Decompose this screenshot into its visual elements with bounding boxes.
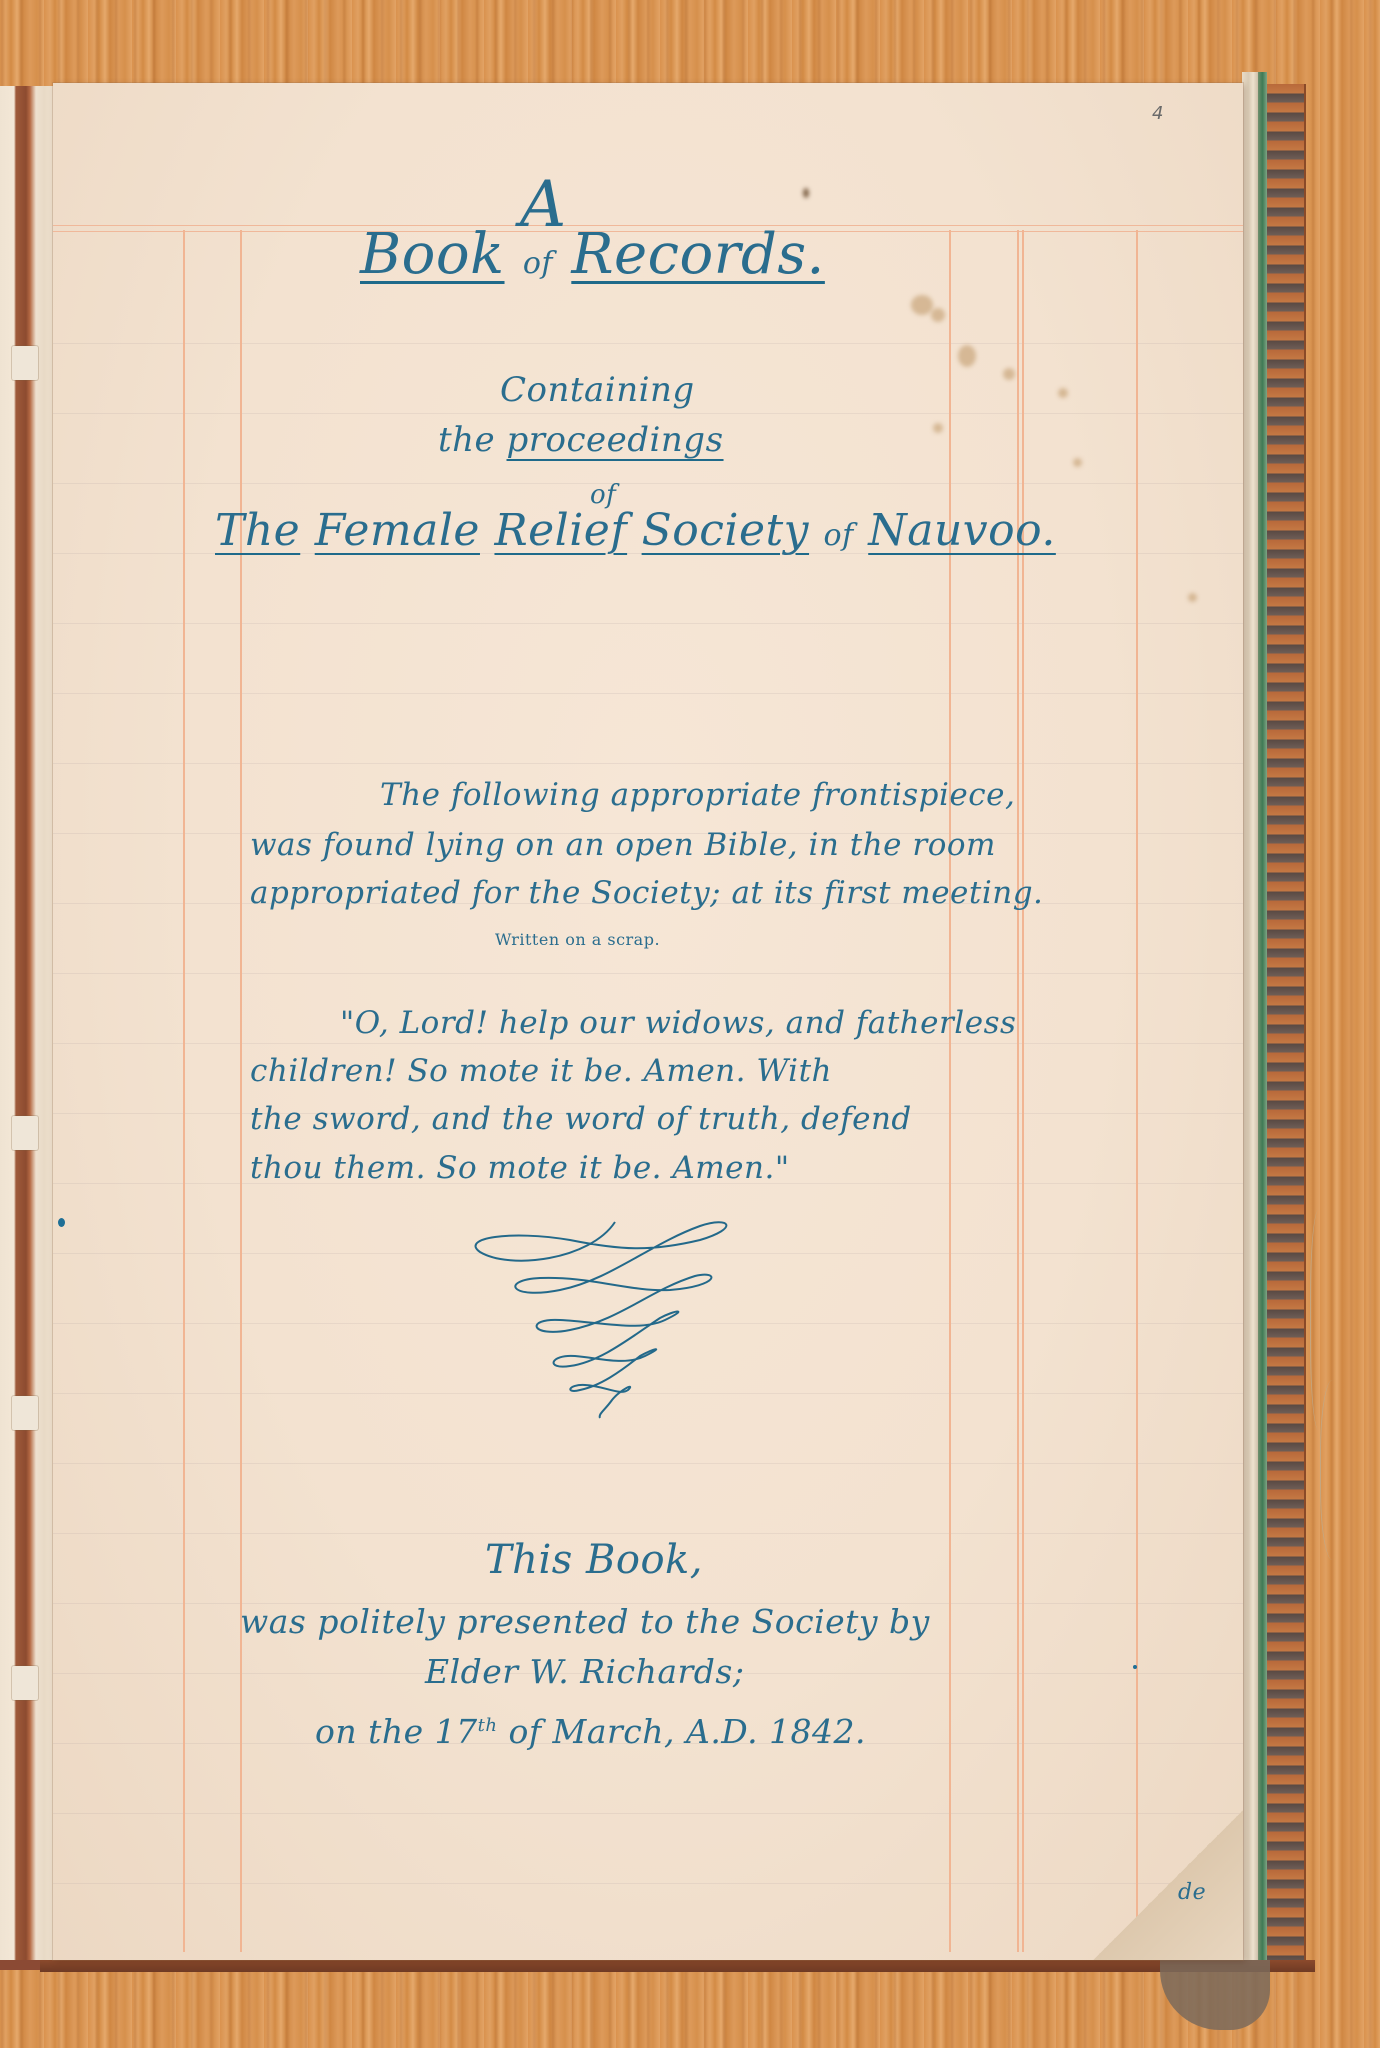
foxing-stain [1188, 593, 1197, 602]
title-main: Book of Records. [360, 222, 825, 287]
ruled-line [53, 1813, 1243, 1814]
foxing-stain [1073, 458, 1082, 467]
quote-line-1: "O, Lord! help our widows, and fatherles… [340, 1000, 1016, 1046]
ruled-line [53, 343, 1243, 344]
quote-line-2: children! So mote it be. Amen. With [250, 1048, 832, 1094]
foxing-stain [911, 295, 933, 315]
ruled-line [53, 973, 1243, 974]
ruled-line [53, 1883, 1243, 1884]
page-block-edges [1242, 72, 1258, 1972]
binding-stub [12, 1396, 38, 1430]
bottom-cover-edge [40, 1960, 1315, 1972]
scrap-annotation: Written on a scrap. [495, 930, 660, 949]
date-suffix: of March, A.D. 1842. [497, 1712, 866, 1751]
margin-rule [240, 230, 242, 1952]
column-rule [1017, 230, 1019, 1952]
subtitle-proceedings: the proceedings [438, 420, 724, 460]
intro-line-1: The following appropriate frontispiece, [380, 772, 1015, 818]
title-word-records: Records. [571, 222, 825, 287]
binding-stub [12, 1666, 38, 1700]
ruled-line [53, 693, 1243, 694]
subtitle-proceedings-word: proceedings [507, 420, 724, 460]
intro-line-3: appropriated for the Society; at its fir… [250, 870, 1043, 916]
binding-stub [12, 1116, 38, 1150]
ruled-line [53, 1533, 1243, 1534]
debris-mark [803, 188, 809, 198]
corner-note: de [1178, 1880, 1206, 1905]
date-ordinal: th [478, 1715, 498, 1736]
title-word-book: Book [360, 222, 505, 287]
left-binding-torn-pages [0, 86, 58, 1966]
green-edge-band [1258, 72, 1267, 1972]
margin-rule [183, 230, 185, 1952]
foxing-stain [931, 308, 945, 322]
foxing-stain [1003, 368, 1015, 380]
ink-blot [58, 1218, 65, 1227]
subtitle-the: the [438, 420, 495, 460]
ruled-line [53, 763, 1243, 764]
quote-line-4: thou them. So mote it be. Amen." [250, 1145, 790, 1191]
ink-blot [1133, 1665, 1137, 1669]
foxing-stain [1058, 388, 1068, 398]
ruled-line [53, 483, 1243, 484]
foxing-stain [958, 345, 976, 367]
page-number: 4 [1152, 103, 1163, 124]
society-word: Relief [494, 505, 627, 556]
column-rule [949, 230, 951, 1952]
society-word: Female [315, 505, 480, 556]
column-rule [1022, 230, 1024, 1952]
presentation-line-3: on the 17th of March, A.D. 1842. [315, 1712, 866, 1751]
society-word: The [215, 505, 300, 556]
presentation-line-2: Elder W. Richards; [425, 1652, 744, 1691]
society-word: Nauvoo. [868, 505, 1056, 556]
foxing-stain [933, 423, 943, 433]
dog-eared-corner [1093, 1810, 1243, 1960]
quote-line-3: the sword, and the word of truth, defend [250, 1096, 912, 1142]
pen-flourish-icon [450, 1200, 740, 1420]
presentation-heading: This Book, [485, 1537, 703, 1583]
subtitle-containing: Containing [500, 370, 695, 410]
date-prefix: on the 17 [315, 1712, 478, 1751]
ruled-line [53, 1463, 1243, 1464]
column-rule [1136, 230, 1138, 1952]
society-word: Society [642, 505, 809, 556]
society-name: The Female Relief Society of Nauvoo. [215, 505, 1056, 556]
loose-thread [1320, 1380, 1351, 1560]
ruled-line [53, 413, 1243, 414]
striped-spine [1267, 84, 1306, 1964]
binding-stub [12, 346, 38, 380]
presentation-line-1: was politely presented to the Society by [240, 1602, 930, 1641]
ruled-line [53, 623, 1243, 624]
intro-line-2: was found lying on an open Bible, in the… [250, 822, 996, 868]
title-word-of: of [523, 246, 553, 281]
society-word: of [824, 518, 854, 553]
